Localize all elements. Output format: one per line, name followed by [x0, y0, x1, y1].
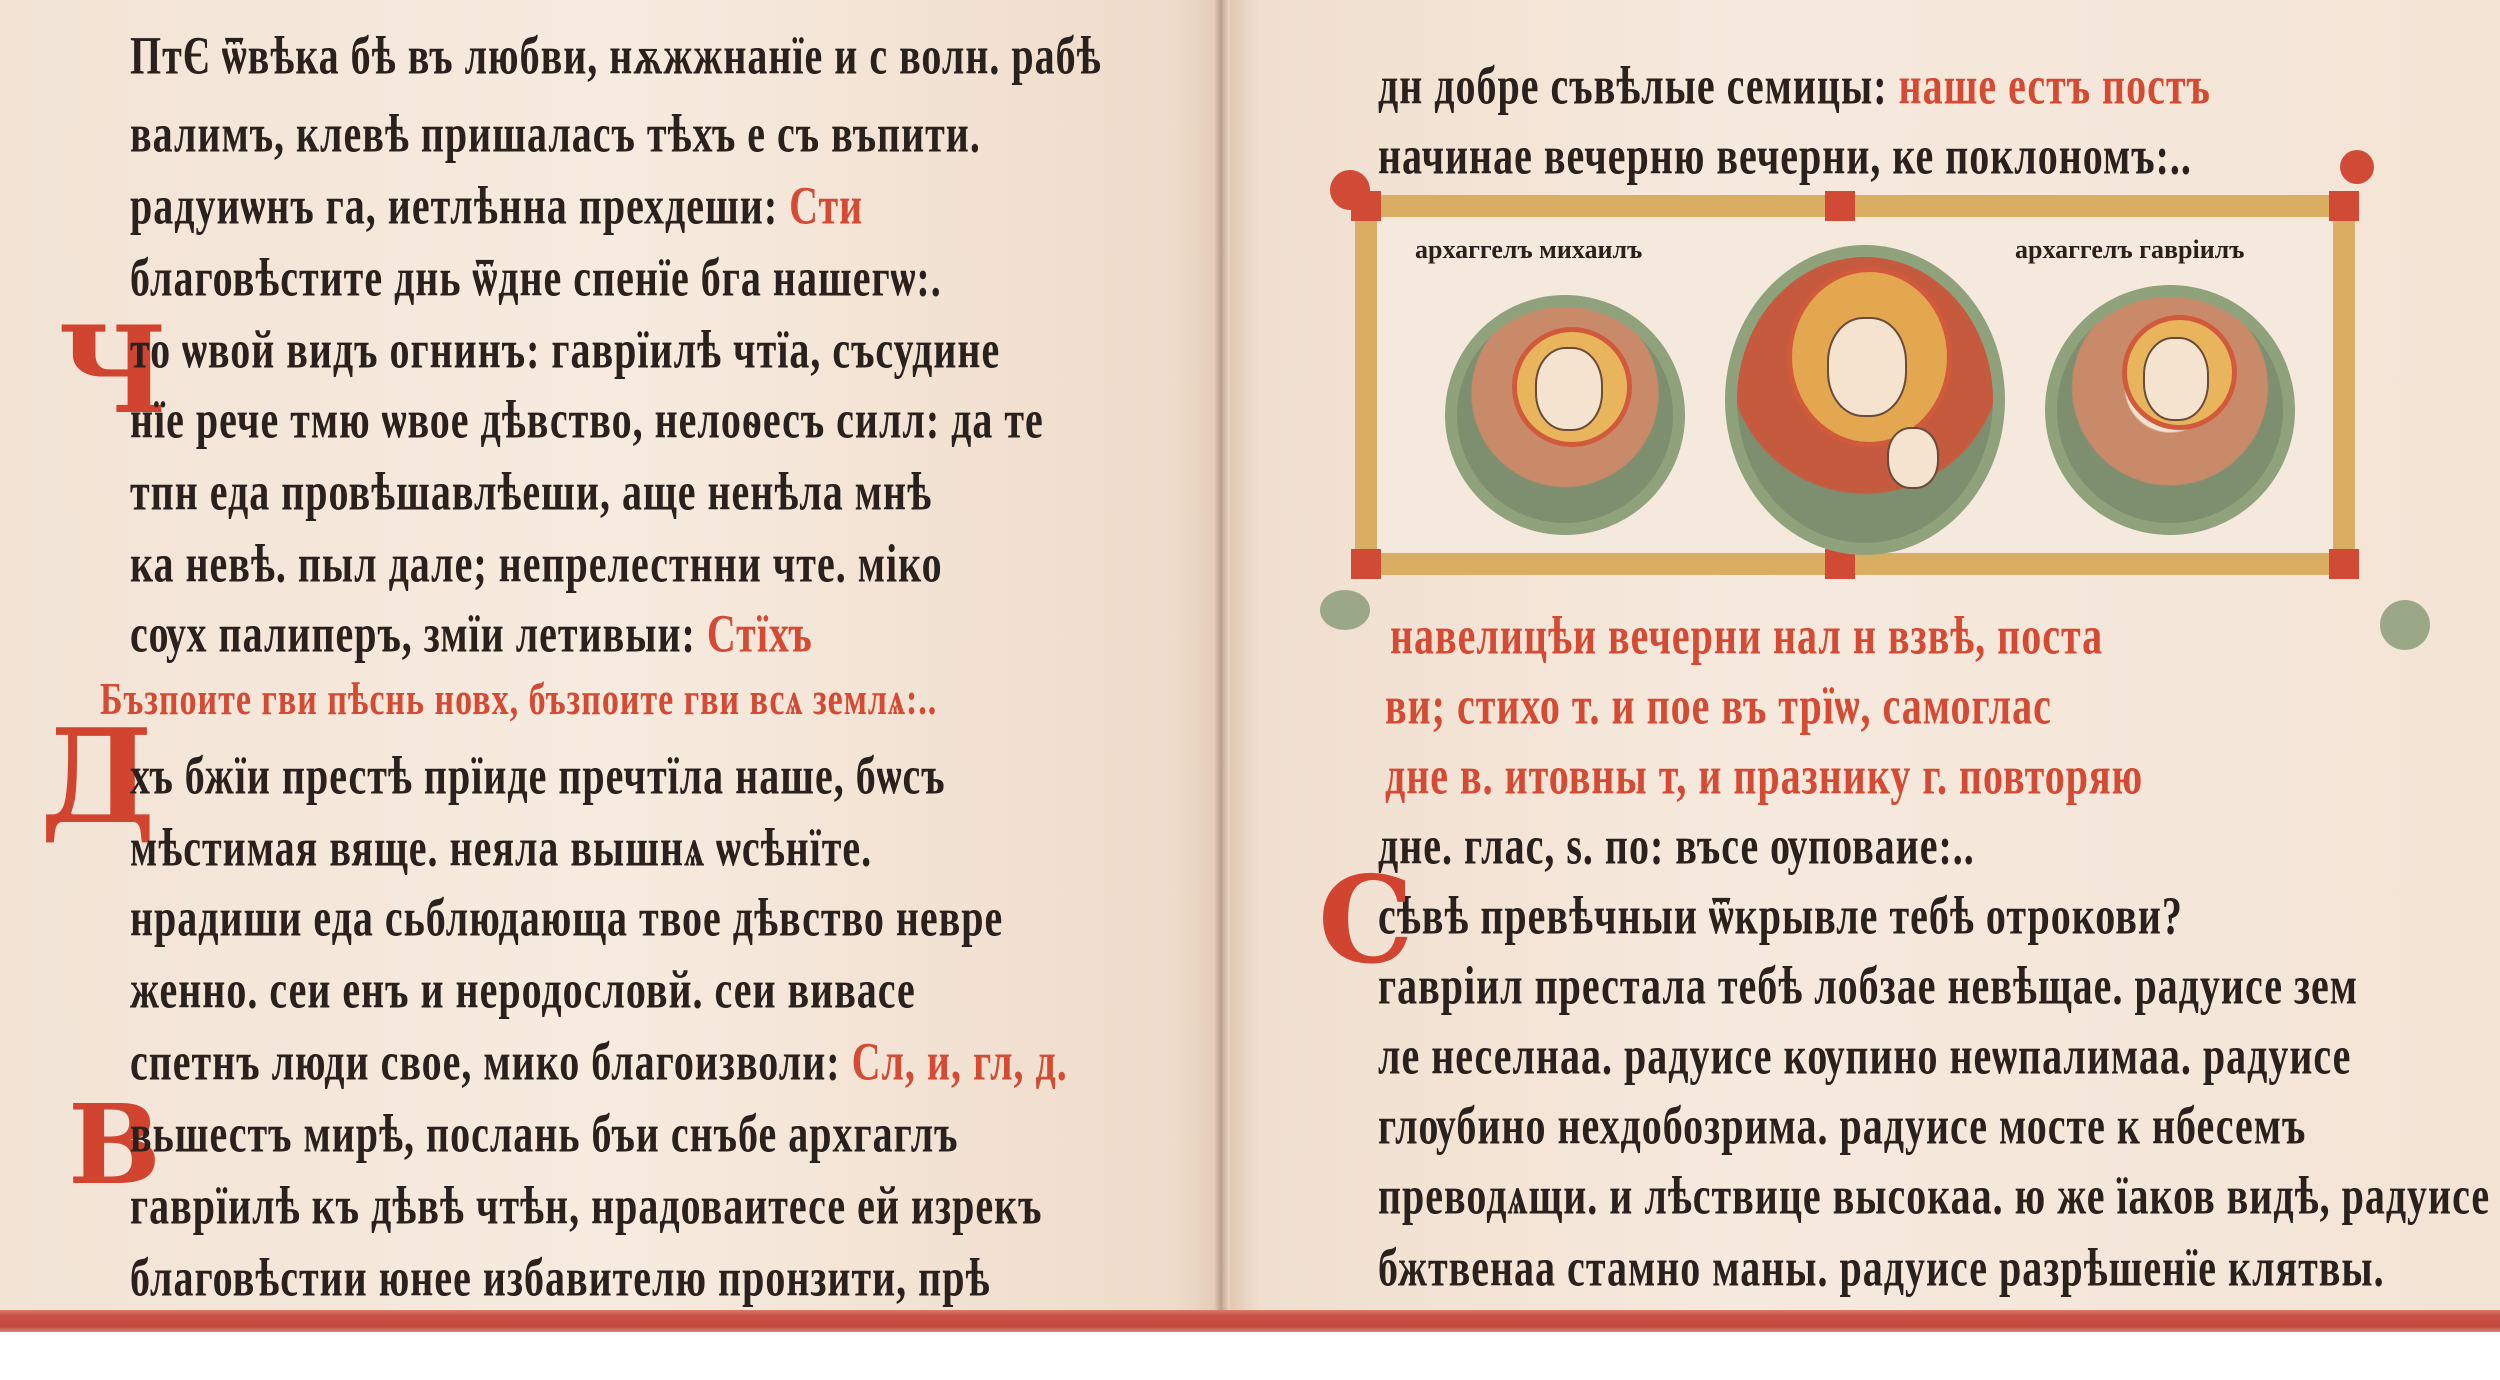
right-line-9: ле неселнаа. радуисе кѹпино неѡпалимаа. …: [1378, 1024, 2351, 1087]
left-line-14: женно. сеи енъ и неродословй. сеи вивасе: [130, 958, 916, 1021]
caption-michael: архаггелъ михаилъ: [1415, 235, 1642, 265]
left-line-3: радуиѡнъ га, иетлѣнна прехдеши: Сти: [130, 174, 863, 237]
left-line-18: благовѣстии юнее избавителю пронзити, пр…: [130, 1246, 990, 1309]
right-line-6: дне. глас, s. по: въсе ѹповаие:..: [1378, 814, 1975, 877]
left-line-13: нрадиши еда сьблюдающа твое дѣвство невр…: [130, 886, 1003, 949]
right-line-7: сѣвѣ превѣчныи ѿкрывле тебѣ отрокови?: [1378, 884, 2183, 947]
left-line-15: спетнъ люди свое, мико благоизволи: Сл, …: [130, 1030, 1068, 1093]
archangel-gabriel-roundel: [2045, 285, 2295, 535]
book-gutter: [1214, 0, 1230, 1322]
archangel-michael-roundel: [1445, 295, 1685, 535]
theotokos-face: [1827, 317, 1907, 417]
ornament-flower: [2340, 150, 2374, 184]
right-line-2: начинае вечерню вечерни, ке поклономъ:..: [1378, 124, 2192, 187]
illuminated-miniature: архаггелъ михаилъ архаггелъ гавріилъ: [1355, 195, 2355, 575]
left-line-1: ПтЄ ѿвѣка бѣ въ любви, нѫжжнанїе и с вол…: [130, 24, 1102, 87]
right-line-11: преводѧщи. и лѣствице высокаа. ю же їако…: [1378, 1164, 2490, 1227]
right-line-8: гавріил престала тебѣ лобзае невѣщае. ра…: [1378, 954, 2358, 1017]
christ-child-face: [1887, 427, 1939, 489]
manuscript-spread: ПтЄ ѿвѣка бѣ въ любви, нѫжжнанїе и с вол…: [0, 0, 2500, 1322]
right-line-3: навелицѣи вечерни нал н взвѣ, поста: [1390, 604, 2103, 667]
left-line-8: ка невѣ. пыл дале; непрелестнни чте. мік…: [130, 532, 943, 595]
right-line-1: дн добре съвѣлые семицы: наше естъ постъ: [1378, 54, 2211, 117]
left-line-6: нїе рече тмю ѡвое дѣвство, нелоѳесъ силл…: [130, 388, 1044, 451]
gabriel-face: [2143, 337, 2209, 421]
left-line-12: мѣстимая вяще. неяла вышнѧ ѡсѣнїте.: [130, 816, 872, 879]
right-line-5: дне в. итовны т, и празнику г. повторяю: [1385, 744, 2143, 807]
ornament-leaf: [1320, 590, 1370, 630]
left-line-17: гаврїилѣ къ дѣвѣ чтѣн, нрадоваитесе ей и…: [130, 1174, 1042, 1237]
left-line-10: Бъзпоите гви пѣснь новх, бъзпоите гви вс…: [100, 675, 937, 726]
left-line-16: вьшестъ мирѣ, послань бъи снъбе архгаглъ: [130, 1102, 959, 1165]
left-line-5: то ѡвой видъ огнинъ: гаврїилѣ чтїа, съсу…: [130, 318, 1000, 381]
bottom-color-band: [0, 1310, 2500, 1332]
right-line-4: ви; стихо т. и пое въ трїѡ, самоглас: [1385, 674, 2052, 737]
caption-gabriel: архаггелъ гавріилъ: [2015, 235, 2244, 265]
ornament-flower: [1330, 170, 1370, 210]
theotokos-roundel: [1725, 245, 2005, 555]
michael-face: [1535, 347, 1603, 431]
left-line-2: валимъ, клевѣ пришаласъ тѣхъ е съ въпити…: [130, 102, 981, 165]
left-line-4: благовѣстите днь ѿдне спенїе бга нашегѡ:…: [130, 246, 942, 309]
left-line-9: сѹх палиперъ, змїи летивыи: Стїхъ: [130, 602, 813, 665]
right-initial-s: С: [1318, 850, 1414, 991]
ornament-leaf: [2380, 600, 2430, 650]
right-line-12: бжтвенаа стамно маны. радуисе разрѣшенїе…: [1378, 1236, 2385, 1299]
right-line-10: глѹбино нехдобозрима. радуисе мосте к нб…: [1378, 1094, 2306, 1157]
left-line-7: тпн еда провѣшавлѣеши, аще ненѣла мнѣ: [130, 460, 932, 523]
left-line-11: хъ бжїи престѣ прїиде пречтїла наше, бѡс…: [130, 744, 946, 807]
